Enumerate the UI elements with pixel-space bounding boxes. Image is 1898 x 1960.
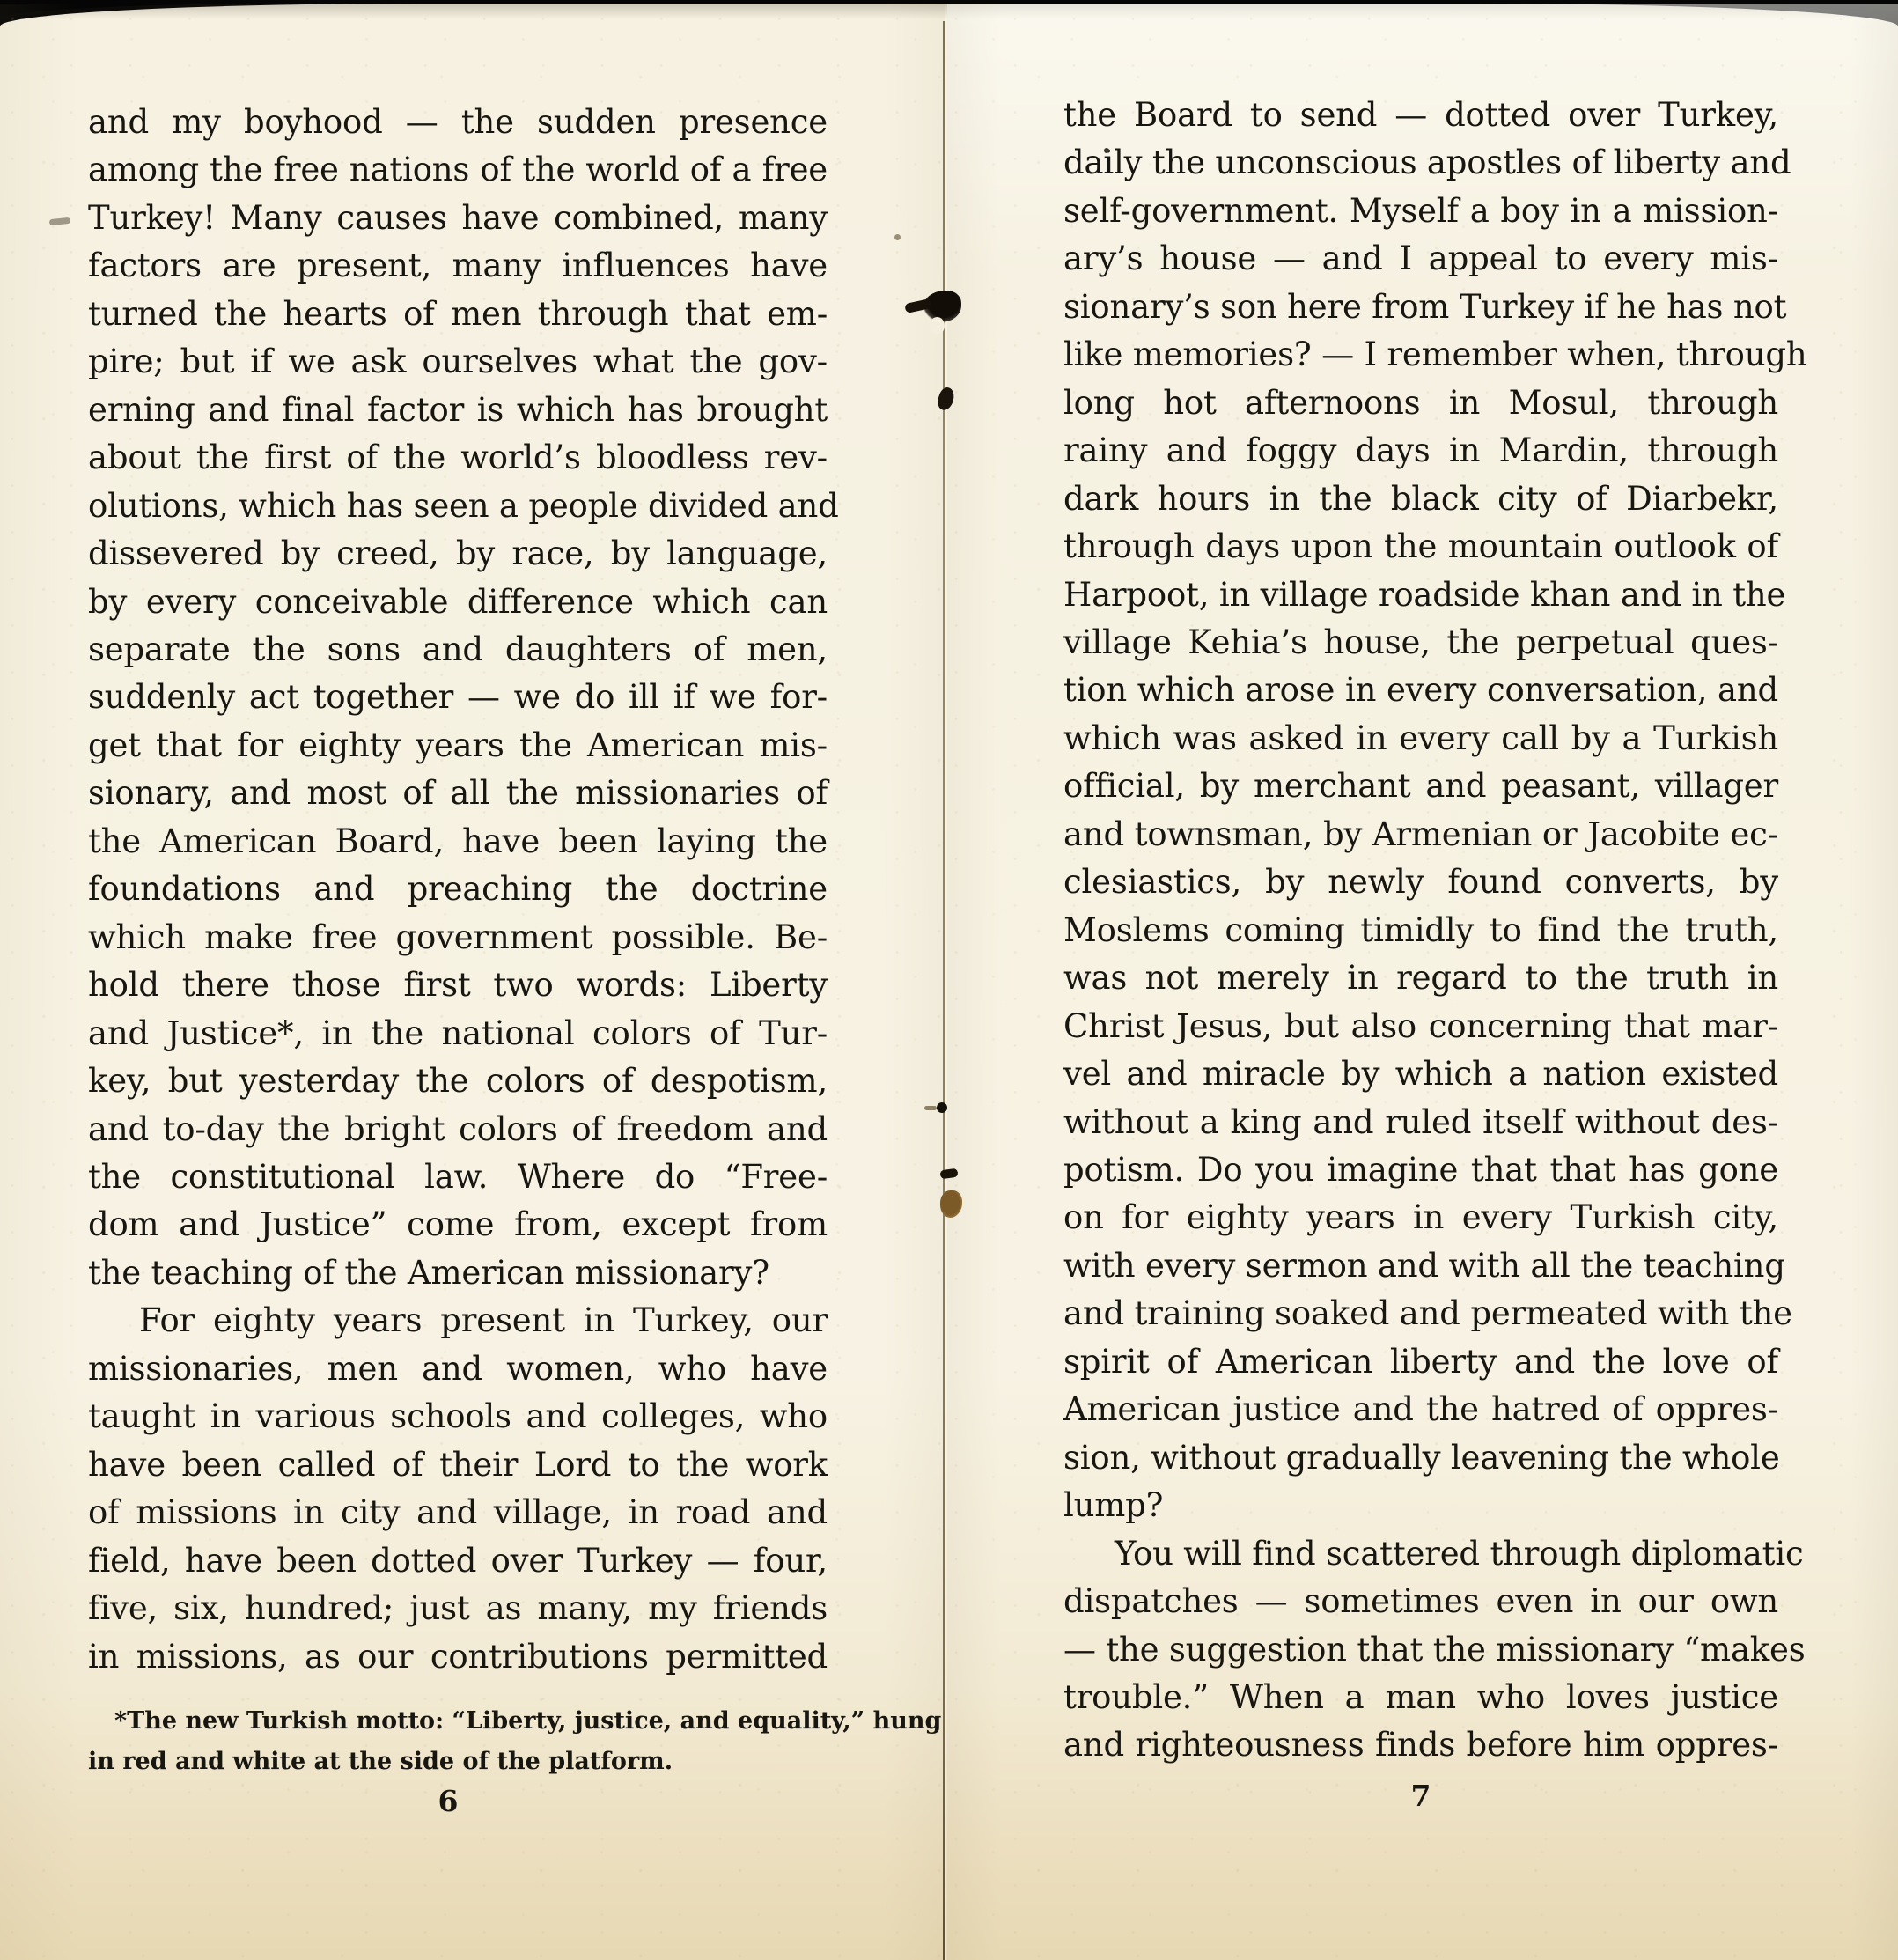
text-line: Christ Jesus, but also concerning that m…	[1063, 1003, 1778, 1050]
text-line: lump?	[1063, 1482, 1778, 1529]
text-line: among the free nations of the world of a…	[88, 146, 828, 194]
book-gutter	[943, 21, 945, 1960]
page-number-left: 6	[88, 1784, 808, 1818]
text-line: sionary’s son here from Turkey if he has…	[1063, 284, 1778, 331]
text-line: tion which arose in every conversation, …	[1063, 667, 1778, 714]
text-line: trouble.” When a man who loves justice	[1063, 1674, 1778, 1721]
text-line: For eighty years present in Turkey, our	[88, 1297, 828, 1345]
text-line: factors are present, many influences hav…	[88, 242, 828, 290]
text-line: — the suggestion that the missionary “ma…	[1063, 1626, 1778, 1674]
text-line: suddenly act together — we do ill if we …	[88, 674, 828, 721]
text-line: turned the hearts of men through that em…	[88, 291, 828, 338]
text-line: of missions in city and village, in road…	[88, 1489, 828, 1536]
text-line: the Board to send — dotted over Turkey,	[1063, 92, 1778, 139]
text-line: pire; but if we ask ourselves what the g…	[88, 338, 828, 386]
text-line: and to-day the bright colors of freedom …	[88, 1106, 828, 1153]
text-line: rainy and foggy days in Mardin, through	[1063, 427, 1778, 475]
text-line: field, have been dotted over Turkey — fo…	[88, 1537, 828, 1585]
page-right-text-column: the Board to send — dotted over Turkey,d…	[1063, 92, 1778, 1770]
text-line: in missions, as our contributions permit…	[88, 1633, 828, 1681]
text-line: spirit of American liberty and the love …	[1063, 1338, 1778, 1386]
text-line: and my boyhood — the sudden presence	[88, 99, 828, 146]
text-line: Harpoot, in village roadside khan and in…	[1063, 571, 1778, 619]
text-line: without a king and ruled itself without …	[1063, 1099, 1778, 1146]
text-line: official, by merchant and peasant, villa…	[1063, 763, 1778, 810]
text-line: about the first of the world’s bloodless…	[88, 434, 828, 482]
text-line: like memories? — I remember when, throug…	[1063, 331, 1778, 379]
text-line: by every conceivable difference which ca…	[88, 578, 828, 626]
text-line: foundations and preaching the doctrine	[88, 866, 828, 913]
text-line: with every sermon and with all the teach…	[1063, 1242, 1778, 1290]
text-line: on for eighty years in every Turkish cit…	[1063, 1194, 1778, 1242]
text-line: and training soaked and permeated with t…	[1063, 1290, 1778, 1337]
text-line: and righteousness finds before him oppre…	[1063, 1721, 1778, 1769]
text-line: Turkey! Many causes have combined, many	[88, 195, 828, 242]
text-line: ary’s house — and I appeal to every mis-	[1063, 235, 1778, 283]
text-line: erning and final factor is which has bro…	[88, 387, 828, 434]
text-line: dark hours in the black city of Diarbekr…	[1063, 475, 1778, 523]
text-line: *The new Turkish motto: “Liberty, justic…	[88, 1701, 808, 1742]
text-line: in red and white at the side of the plat…	[88, 1742, 808, 1782]
text-line: daily the unconscious apostles of libert…	[1063, 139, 1778, 187]
book-scan: and my boyhood — the sudden presenceamon…	[0, 0, 1898, 1960]
text-line: and Justice*, in the national colors of …	[88, 1010, 828, 1057]
text-line: have been called of their Lord to the wo…	[88, 1441, 828, 1489]
page-left-text-column: and my boyhood — the sudden presenceamon…	[88, 99, 828, 1681]
text-line: You will find scattered through diplomat…	[1063, 1530, 1778, 1578]
text-line: hold there those first two words: Libert…	[88, 962, 828, 1009]
text-line: key, but yesterday the colors of despoti…	[88, 1057, 828, 1105]
text-line: sion, without gradually leavening the wh…	[1063, 1434, 1778, 1482]
text-line: and townsman, by Armenian or Jacobite ec…	[1063, 811, 1778, 858]
text-line: Moslems coming timidly to find the truth…	[1063, 907, 1778, 954]
text-line: the constitutional law. Where do “Free-	[88, 1153, 828, 1201]
text-line: get that for eighty years the American m…	[88, 722, 828, 770]
text-line: five, six, hundred; just as many, my fri…	[88, 1585, 828, 1632]
text-line: was not merely in regard to the truth in	[1063, 954, 1778, 1002]
text-line: missionaries, men and women, who have	[88, 1345, 828, 1393]
text-line: sionary, and most of all the missionarie…	[88, 770, 828, 817]
text-line: dissevered by creed, by race, by languag…	[88, 530, 828, 578]
text-line: dispatches — sometimes even in our own	[1063, 1578, 1778, 1625]
text-line: vel and miracle by which a nation existe…	[1063, 1050, 1778, 1098]
text-line: potism. Do you imagine that that has gon…	[1063, 1146, 1778, 1194]
footnote: *The new Turkish motto: “Liberty, justic…	[88, 1701, 808, 1782]
text-line: olutions, which has seen a people divide…	[88, 483, 828, 530]
text-line: through days upon the mountain outlook o…	[1063, 523, 1778, 571]
text-line: which make free government possible. Be-	[88, 914, 828, 962]
text-line: clesiastics, by newly found converts, by	[1063, 858, 1778, 906]
text-line: which was asked in every call by a Turki…	[1063, 715, 1778, 763]
text-line: self-government. Myself a boy in a missi…	[1063, 188, 1778, 235]
text-line: the American Board, have been laying the	[88, 818, 828, 866]
text-line: American justice and the hatred of oppre…	[1063, 1386, 1778, 1433]
text-line: separate the sons and daughters of men,	[88, 626, 828, 674]
text-line: long hot afternoons in Mosul, through	[1063, 379, 1778, 427]
text-line: taught in various schools and colleges, …	[88, 1393, 828, 1441]
text-line: the teaching of the American missionary?	[88, 1249, 828, 1297]
text-line: village Kehia’s house, the perpetual que…	[1063, 619, 1778, 667]
text-line: dom and Justice” come from, except from	[88, 1201, 828, 1249]
page-number-right: 7	[1063, 1779, 1778, 1813]
